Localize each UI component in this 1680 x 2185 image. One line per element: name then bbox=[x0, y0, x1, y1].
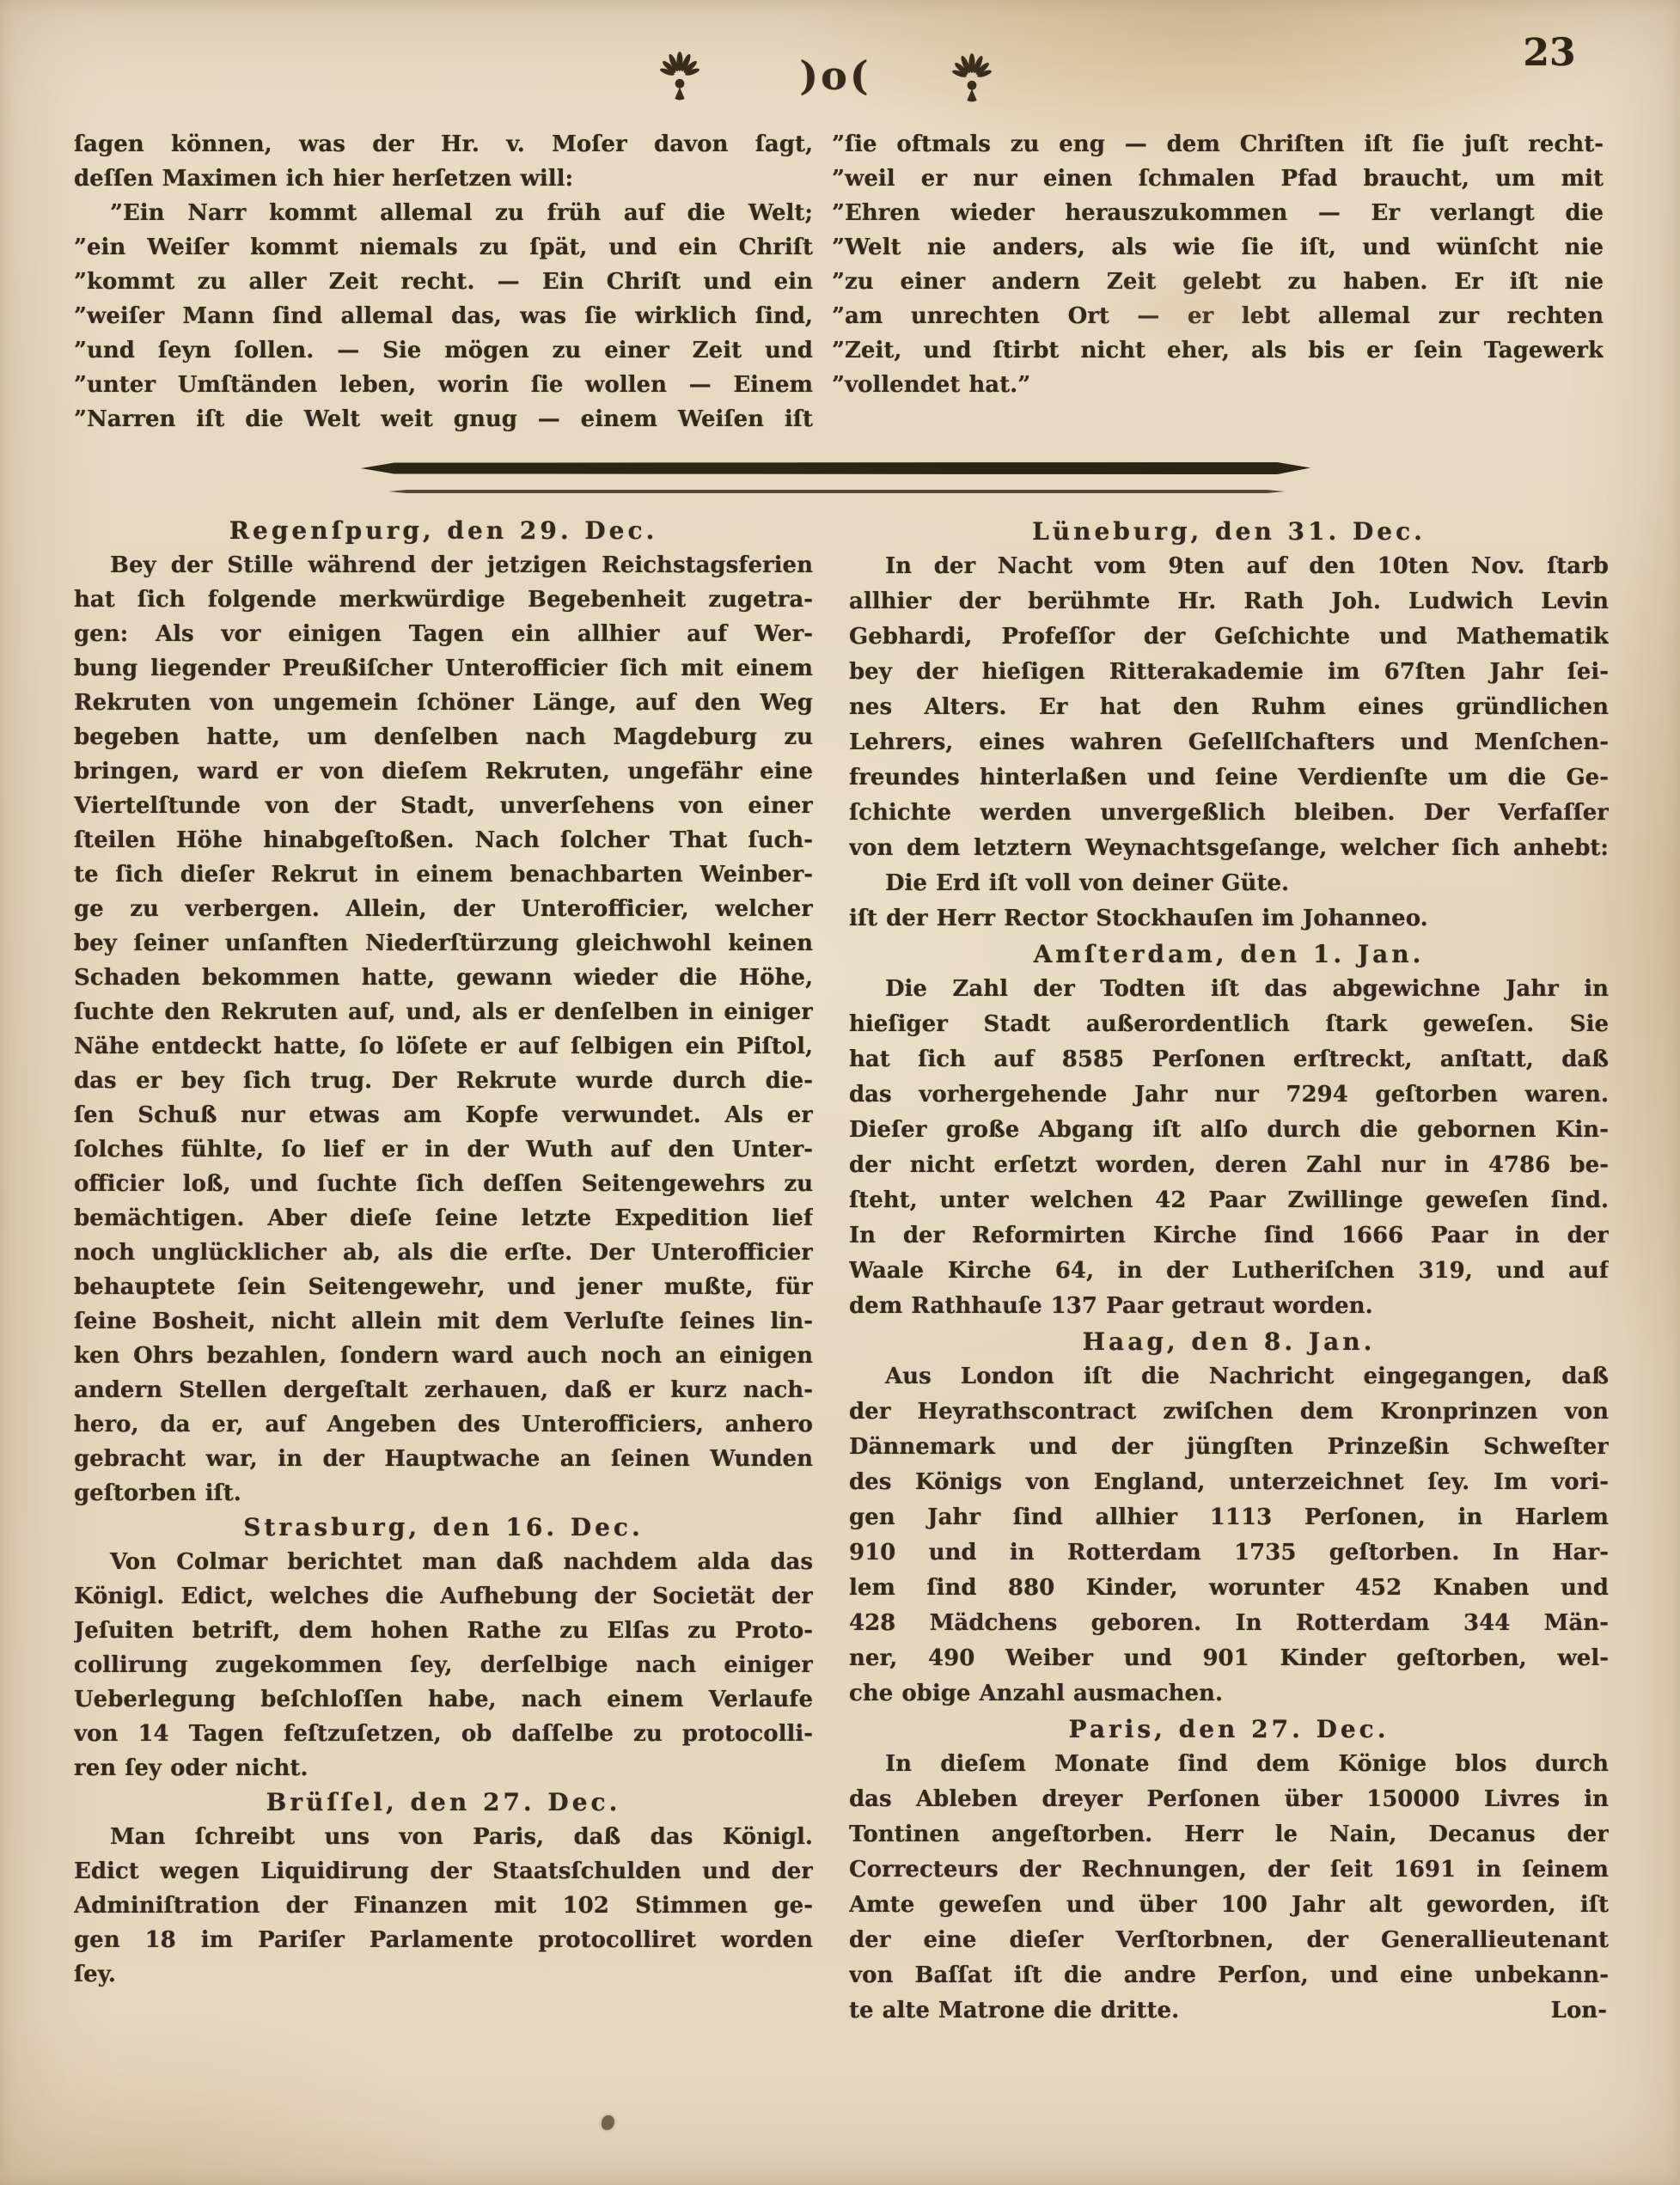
text-line: bringen, ward er von dieſem Rekruten, un… bbox=[74, 754, 813, 789]
text-line: ſteilen Höhe hinabgeſtoßen. Nach ſolcher… bbox=[74, 823, 813, 858]
text-line: ſeine Bosheit, nicht allein mit dem Verl… bbox=[74, 1304, 813, 1339]
text-line: ſuchte den Rekruten auf, und, als er den… bbox=[74, 995, 813, 1029]
text-line: Haag, den 8. Jan. bbox=[849, 1324, 1609, 1359]
text-line: der eine dieſer Verſtorbnen, der General… bbox=[849, 1923, 1609, 1958]
text-line: 428 Mädchens geboren. In Rotterdam 344 M… bbox=[849, 1606, 1609, 1641]
text-line: ”ein Weiſer kommt niemals zu ſpät, und e… bbox=[74, 230, 813, 265]
text-line: von 14 Tagen feſtzuſetzen, ob daſſelbe z… bbox=[74, 1717, 813, 1751]
text-line: Brüſſel, den 27. Dec. bbox=[74, 1785, 813, 1820]
text-line: ”und ſeyn ſollen. — Sie mögen zu einer Z… bbox=[74, 333, 813, 368]
text-line: allhier der berühmte Hr. Rath Joh. Ludwi… bbox=[849, 584, 1609, 619]
text-line: Regenſpurg, den 29. Dec. bbox=[74, 514, 813, 548]
text-line: Amte geweſen und über 100 Jahr alt gewor… bbox=[849, 1888, 1609, 1923]
text-line: das Ableben dreyer Perſonen über 150000 … bbox=[849, 1782, 1609, 1817]
text-line: Edict wegen Liquidirung der Staatsſchuld… bbox=[74, 1854, 813, 1889]
newspaper-page: )o( 23 ſagen können, was der Hr. v. Moſe… bbox=[0, 0, 1680, 2185]
text-line: ”weiſer Mann ſind allemal das, was ſie w… bbox=[74, 299, 813, 333]
text-line: Von Colmar berichtet man daß nachdem ald… bbox=[74, 1545, 813, 1579]
text-line: begeben hatte, um denſelben nach Magdebu… bbox=[74, 720, 813, 754]
text-line: Correcteurs der Rechnungen, der ſeit 169… bbox=[849, 1852, 1609, 1888]
text-line: Viertelſtunde von der Stadt, unverſehens… bbox=[74, 789, 813, 823]
text-line: che obige Anzahl ausmachen. bbox=[849, 1676, 1609, 1712]
text-line: Paris, den 27. Dec. bbox=[849, 1712, 1609, 1747]
text-line: Aus London iſt die Nachricht eingegangen… bbox=[849, 1359, 1609, 1395]
text-line: In der Reformirten Kirche ſind 1666 Paar… bbox=[849, 1218, 1609, 1254]
text-line: freundes hinterlaßen und ſeine Verdienſt… bbox=[849, 760, 1609, 796]
top-quote-left-column: ſagen können, was der Hr. v. Moſer davon… bbox=[74, 127, 813, 436]
text-line: gen: Als vor einigen Tagen ein allhier a… bbox=[74, 617, 813, 651]
text-line: der Heyrathscontract zwiſchen dem Kronpr… bbox=[849, 1395, 1609, 1430]
text-line: hieſiger Stadt außerordentlich ſtark gew… bbox=[849, 1007, 1609, 1042]
text-line: von dem letztern Weynachtsgeſange, welch… bbox=[849, 831, 1609, 866]
text-line: Lüneburg, den 31. Dec. bbox=[849, 514, 1609, 549]
text-line: von Baſſat iſt die andre Perſon, und ein… bbox=[849, 1958, 1609, 1993]
masthead-section-mark: )o( bbox=[784, 50, 887, 101]
text-line: ner, 490 Weiber und 901 Kinder geſtorben… bbox=[849, 1641, 1609, 1676]
text-line: Rekruten von ungemein ſchöner Länge, auf… bbox=[74, 686, 813, 720]
text-line: Dännemark und der jüngſten Prinzeßin Sch… bbox=[849, 1430, 1609, 1465]
text-line: andern Stellen dergeſtalt zerhauen, daß … bbox=[74, 1373, 813, 1407]
text-line: bung liegender Preußiſcher Unterofficier… bbox=[74, 651, 813, 686]
text-line: iſt der Herr Rector Stockhauſen im Johan… bbox=[849, 901, 1609, 937]
text-line: gebracht war, in der Hauptwache an ſeine… bbox=[74, 1442, 813, 1476]
text-line: ſey. bbox=[74, 1957, 813, 1992]
text-line: lem ſind 880 Kinder, worunter 452 Knaben… bbox=[849, 1571, 1609, 1606]
text-line: behauptete ſein Seitengewehr, und jener … bbox=[74, 1270, 813, 1304]
text-line: Nähe entdeckt hatte, ſo löſete er auf ſe… bbox=[74, 1029, 813, 1064]
text-line: ”weil er nur einen ſchmalen Pfad braucht… bbox=[832, 162, 1604, 196]
text-line: hero, da er, auf Angeben des Unteroffici… bbox=[74, 1407, 813, 1442]
text-line: ken Ohrs bezahlen, ſondern ward auch noc… bbox=[74, 1339, 813, 1373]
text-line: ”Ehren wieder herauszukommen — Er verlan… bbox=[832, 196, 1604, 230]
text-line: das vorhergehende Jahr nur 7294 geſtorbe… bbox=[849, 1077, 1609, 1113]
ink-spot bbox=[602, 2115, 614, 2130]
text-line: Ueberlegung beſchloſſen habe, nach einem… bbox=[74, 1682, 813, 1717]
text-line: te ſich dieſer Rekrut in einem benachbar… bbox=[74, 858, 813, 892]
text-line: ge zu verbergen. Allein, der Unteroffici… bbox=[74, 892, 813, 926]
text-line: Amſterdam, den 1. Jan. bbox=[849, 937, 1609, 972]
text-line: das er bey ſich trug. Der Rekrute wurde … bbox=[74, 1064, 813, 1098]
news-right-column: Lüneburg, den 31. Dec.In der Nacht vom 9… bbox=[849, 514, 1609, 2029]
text-line: Lehrers, eines wahren Geſellſchafters un… bbox=[849, 725, 1609, 760]
catchword: Lon- bbox=[1551, 1993, 1607, 2029]
text-line: te alte Matrone die dritte.Lon- bbox=[849, 1993, 1609, 2029]
text-line: hat ſich auf 8585 Perſonen erſtreckt, an… bbox=[849, 1042, 1609, 1077]
text-line: hat ſich folgende merkwürdige Begebenhei… bbox=[74, 583, 813, 617]
text-line: ren ſey oder nicht. bbox=[74, 1751, 813, 1785]
text-line: Tontinen angeſtorben. Herr le Nain, Deca… bbox=[849, 1817, 1609, 1852]
section-divider-thick-rule bbox=[361, 462, 1310, 474]
page-number: 23 bbox=[1511, 29, 1588, 77]
text-line: Dieſer große Abgang iſt alſo durch die g… bbox=[849, 1113, 1609, 1148]
text-line: ”unter Umſtänden leben, worin ſie wollen… bbox=[74, 368, 813, 402]
text-line: der nicht erſetzt worden, deren Zahl nur… bbox=[849, 1148, 1609, 1183]
text-line: Bey der Stille während der jetzigen Reic… bbox=[74, 548, 813, 583]
text-line: ”Ein Narr kommt allemal zu früh auf die … bbox=[74, 196, 813, 230]
shell-ornament-right-icon bbox=[952, 52, 992, 103]
text-line: bey ſeiner unſanften Niederſtürzung glei… bbox=[74, 926, 813, 961]
text-line: ”Narren iſt die Welt weit gnug — einem W… bbox=[74, 402, 813, 436]
text-line: geſtorben iſt. bbox=[74, 1476, 813, 1511]
paper-stain bbox=[1083, 258, 1306, 361]
text-line: ſchichte werden unvergeßlich bleiben. De… bbox=[849, 796, 1609, 831]
text-line: bemächtigen. Aber dieſe ſeine letzte Exp… bbox=[74, 1201, 813, 1236]
text-line: In der Nacht vom 9ten auf den 10ten Nov.… bbox=[849, 549, 1609, 584]
text-line: noch unglücklicher ab, als die erſte. De… bbox=[74, 1236, 813, 1270]
text-line: Man ſchreibt uns von Paris, daß das Köni… bbox=[74, 1820, 813, 1854]
text-line: ”kommt zu aller Zeit recht. — Ein Chriſt… bbox=[74, 265, 813, 299]
text-line: officier loß, und ſuchte ſich deſſen Sei… bbox=[74, 1167, 813, 1201]
text-line: Königl. Edict, welches die Aufhebung der… bbox=[74, 1579, 813, 1614]
text-line: ſen Schuß nur etwas am Kopfe verwundet. … bbox=[74, 1098, 813, 1132]
text-line: ”ſie oftmals zu eng — dem Chriſten iſt ſ… bbox=[832, 127, 1604, 162]
text-line: ſagen können, was der Hr. v. Moſer davon… bbox=[74, 127, 813, 162]
text-line: Waale Kirche 64, in der Lutheriſchen 319… bbox=[849, 1254, 1609, 1289]
text-line: gen Jahr ſind allhier 1113 Perſonen, in … bbox=[849, 1500, 1609, 1535]
text-line: Die Erd iſt voll von deiner Güte. bbox=[849, 866, 1609, 901]
text-line: dem Rathhauſe 137 Paar getraut worden. bbox=[849, 1289, 1609, 1324]
news-left-column: Regenſpurg, den 29. Dec.Bey der Stille w… bbox=[74, 514, 813, 1992]
text-line: Adminiſtration der Finanzen mit 102 Stim… bbox=[74, 1889, 813, 1923]
text-line: nes Alters. Er hat den Ruhm eines gründl… bbox=[849, 690, 1609, 725]
text-line: In dieſem Monate ſind dem Könige blos du… bbox=[849, 1747, 1609, 1782]
text-line: 910 und in Rotterdam 1735 geſtorben. In … bbox=[849, 1535, 1609, 1571]
text-line: Strasburg, den 16. Dec. bbox=[74, 1511, 813, 1545]
text-line: bey der hieſigen Ritterakademie im 67ſte… bbox=[849, 655, 1609, 690]
text-line: Gebhardi, Profeſſor der Geſchichte und M… bbox=[849, 619, 1609, 655]
text-line: Schaden bekommen hatte, gewann wieder di… bbox=[74, 961, 813, 995]
shell-ornament-left-icon bbox=[660, 50, 699, 101]
text-line: ſolches fühlte, ſo lief er in der Wuth a… bbox=[74, 1132, 813, 1167]
text-line: Die Zahl der Todten iſt das abgewichne J… bbox=[849, 972, 1609, 1007]
section-divider-thin-rule bbox=[388, 490, 1285, 493]
text-line: ſteht, unter welchen 42 Paar Zwillinge g… bbox=[849, 1183, 1609, 1218]
text-line: des Königs von England, unterzeichnet ſe… bbox=[849, 1465, 1609, 1500]
text-line: gen 18 im Pariſer Parlamente protocollir… bbox=[74, 1923, 813, 1957]
text-line: collirung zugekommen ſey, derſelbige nac… bbox=[74, 1648, 813, 1682]
text-line: ”vollendet hat.” bbox=[832, 368, 1604, 402]
text-line: deſſen Maximen ich hier herſetzen will: bbox=[74, 162, 813, 196]
text-line: Jeſuiten betrift, dem hohen Rathe zu Elſ… bbox=[74, 1614, 813, 1648]
